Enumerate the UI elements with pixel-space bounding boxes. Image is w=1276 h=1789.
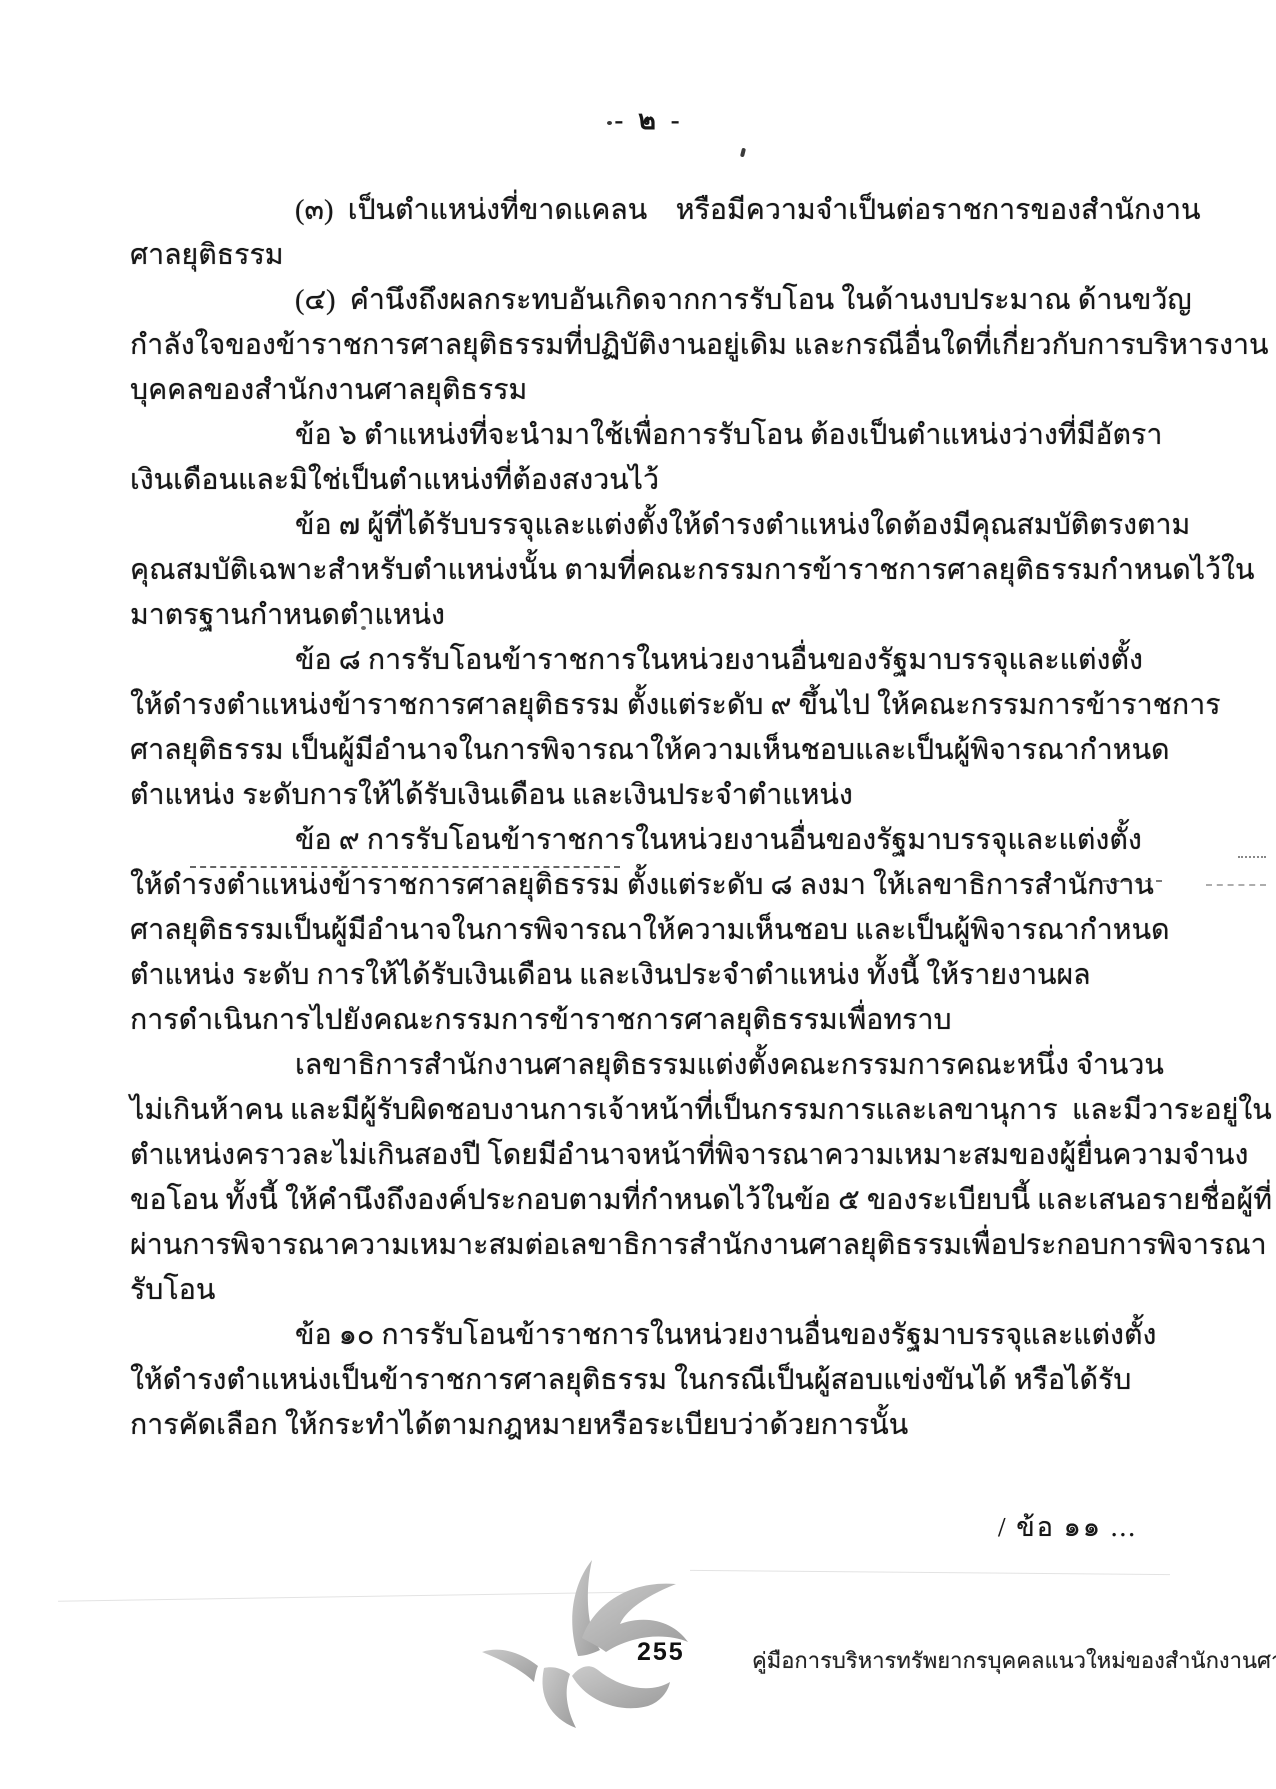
text-line-23: ขอโอน ทั้งนี้ ให้คำนึงถึงองค์ประกอบตามที… (130, 1178, 1010, 1223)
scan-speck (740, 148, 746, 158)
footer-page-number: 255 (637, 1638, 685, 1667)
footer-book-title: คู่มือการบริหารทรัพยากรบุคคลแนวใหม่ของสำ… (752, 1643, 1276, 1678)
text-line-11: ข้อ ๘ การรับโอนข้าราชการในหน่วยงานอื่นขอ… (130, 638, 1010, 683)
text-line-3: (๔) คำนึงถึงผลกระทบอันเกิดจากการรับโอน ใ… (130, 278, 1010, 323)
text-line-4: กำลังใจของข้าราชการศาลยุติธรรมที่ปฏิบัติ… (130, 323, 1010, 368)
text-line-22: ตำแหน่งคราวละไม่เกินสองปี โดยมีอำนาจหน้า… (130, 1133, 1010, 1178)
scan-artifact-dash-line (1092, 880, 1162, 882)
text-line-8: ข้อ ๗ ผู้ที่ได้รับบรรจุและแต่งตั้งให้ดำร… (130, 503, 1010, 548)
text-line-1: (๓) เป็นตำแหน่งที่ขาดแคลน หรือมีความจำเป… (130, 188, 1010, 233)
text-line-5: บุคคลของสำนักงานศาลยุติธรรม (130, 368, 1010, 413)
text-line-12: ให้ดำรงตำแหน่งข้าราชการศาลยุติธรรม ตั้งแ… (130, 683, 1010, 728)
text-line-28: การคัดเลือก ให้กระทำได้ตามกฎหมายหรือระเบ… (130, 1403, 1010, 1448)
continuation-marker: / ข้อ ๑๑ ... (998, 1505, 1137, 1548)
scan-artifact-dash-line (1238, 856, 1266, 858)
text-line-16: ให้ดำรงตำแหน่งข้าราชการศาลยุติธรรม ตั้งแ… (130, 863, 1010, 908)
scan-artifact-dash-line (1206, 884, 1266, 886)
text-line-24: ผ่านการพิจารณาความเหมาะสมต่อเลขาธิการสำน… (130, 1223, 1010, 1268)
text-line-19: การดำเนินการไปยังคณะกรรมการข้าราชการศาลย… (130, 998, 1010, 1043)
scan-speck (607, 121, 612, 125)
page-number-header: - ๒ - (0, 98, 1276, 141)
text-line-25: รับโอน (130, 1268, 1010, 1313)
text-line-26: ข้อ ๑๐ การรับโอนข้าราชการในหน่วยงานอื่นข… (130, 1313, 1010, 1358)
text-line-13: ศาลยุติธรรม เป็นผู้มีอำนาจในการพิจารณาให… (130, 728, 1010, 773)
text-line-20: เลขาธิการสำนักงานศาลยุติธรรมแต่งตั้งคณะก… (130, 1043, 1010, 1088)
text-line-9: คุณสมบัติเฉพาะสำหรับตำแหน่งนั้น ตามที่คณ… (130, 548, 1010, 593)
document-body: (๓) เป็นตำแหน่งที่ขาดแคลน หรือมีความจำเป… (130, 188, 1010, 1448)
document-page: - ๒ - (๓) เป็นตำแหน่งที่ขาดแคลน หรือมีคว… (0, 0, 1276, 1789)
text-line-6: ข้อ ๖ ตำแหน่งที่จะนำมาใช้เพื่อการรับโอน … (130, 413, 1010, 458)
text-line-7: เงินเดือนและมิใช่เป็นตำแหน่งที่ต้องสงวนไ… (130, 458, 1010, 503)
text-line-27: ให้ดำรงตำแหน่งเป็นข้าราชการศาลยุติธรรม ใ… (130, 1358, 1010, 1403)
text-line-21: ไม่เกินห้าคน และมีผู้รับผิดชอบงานการเจ้า… (130, 1088, 1010, 1133)
scan-artifact-dash-line (190, 866, 620, 868)
text-line-10: มาตรฐานกำหนดตำแหน่ง (130, 593, 1010, 638)
text-line-18: ตำแหน่ง ระดับ การให้ได้รับเงินเดือน และเ… (130, 953, 1010, 998)
text-line-15: ข้อ ๙ การรับโอนข้าราชการในหน่วยงานอื่นขอ… (130, 818, 1010, 863)
scan-artifact-faint-line (690, 1570, 1170, 1575)
text-line-17: ศาลยุติธรรมเป็นผู้มีอำนาจในการพิจารณาให้… (130, 908, 1010, 953)
text-line-2: ศาลยุติธรรม (130, 233, 1010, 278)
text-line-14: ตำแหน่ง ระดับการให้ได้รับเงินเดือน และเง… (130, 773, 1010, 818)
